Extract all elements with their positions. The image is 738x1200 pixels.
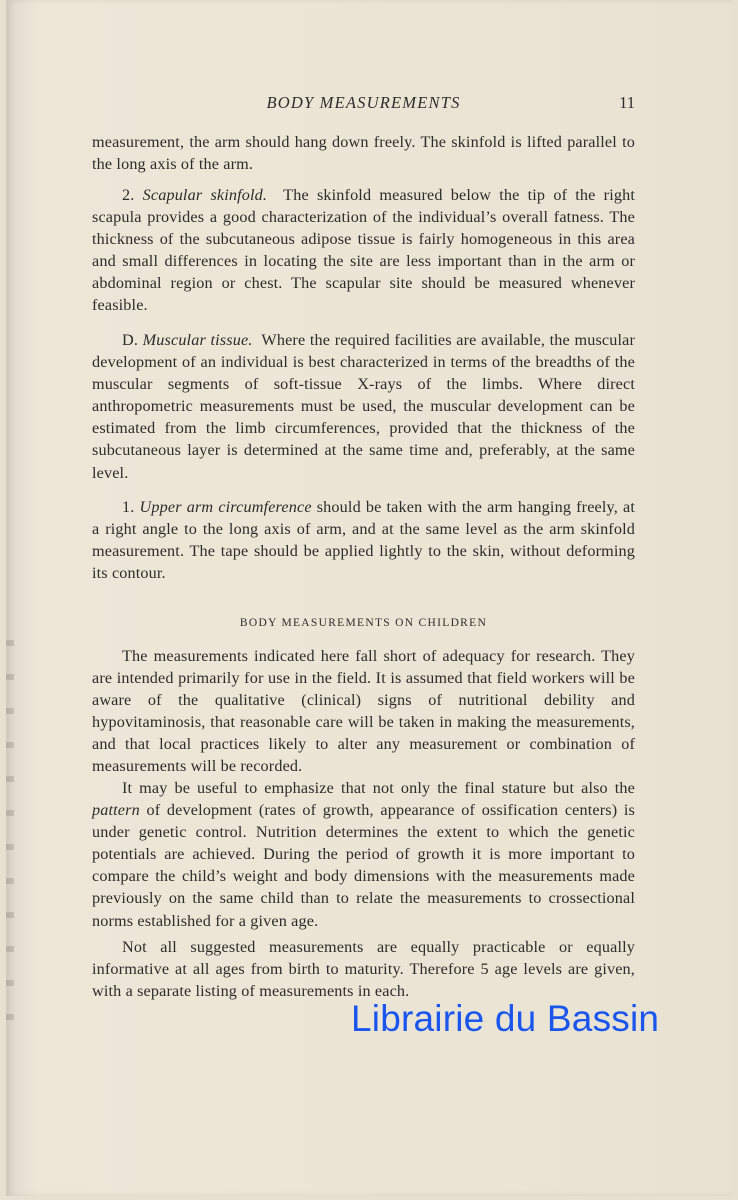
item-number: 2. <box>122 186 134 204</box>
paragraph-development-pattern: It may be useful to emphasize that not o… <box>92 777 635 932</box>
paragraph-muscular-tissue: D. Muscular tissue. Where the required f… <box>92 329 635 484</box>
paragraph-text: Not all suggested measurements are equal… <box>92 936 635 1002</box>
paragraph-age-levels: Not all suggested measurements are equal… <box>92 936 635 1002</box>
paragraph-text: Where the required facilities are availa… <box>92 331 635 482</box>
section-letter: D. <box>122 331 138 349</box>
paragraph-text: The skinfold measured below the tip of t… <box>92 186 635 314</box>
paragraph-children-intro: The measurements indicated here fall sho… <box>92 645 635 778</box>
paragraph-text: The measurements indicated here fall sho… <box>92 645 635 778</box>
paragraph-text: It may be useful to emphasize that not o… <box>122 779 635 797</box>
watermark-text: Librairie du Bassin <box>351 998 659 1040</box>
item-number: 1. <box>122 498 134 516</box>
item-title: Scapular skinfold. <box>143 186 267 204</box>
item-title: Upper arm circumference <box>140 498 312 516</box>
binding-edge <box>6 640 14 1030</box>
section-heading: BODY MEASUREMENTS ON CHILDREN <box>92 617 635 629</box>
page-number: 11 <box>619 93 635 113</box>
paragraph-arm-skinfold-continued: measurement, the arm should hang down fr… <box>92 131 635 175</box>
paragraph-upper-arm-circumference: 1. Upper arm circumference should be tak… <box>92 496 635 584</box>
section-title: Muscular tissue. <box>143 331 253 349</box>
paragraph-text: of development (rates of growth, appeara… <box>92 801 635 929</box>
paragraph-text: measurement, the arm should hang down fr… <box>92 131 635 175</box>
running-head: BODY MEASUREMENTS <box>92 93 635 113</box>
page-header: BODY MEASUREMENTS 11 <box>92 93 635 115</box>
emphasis-pattern: pattern <box>92 801 140 819</box>
paragraph-scapular-skinfold: 2. Scapular skinfold. The skinfold measu… <box>92 184 635 317</box>
